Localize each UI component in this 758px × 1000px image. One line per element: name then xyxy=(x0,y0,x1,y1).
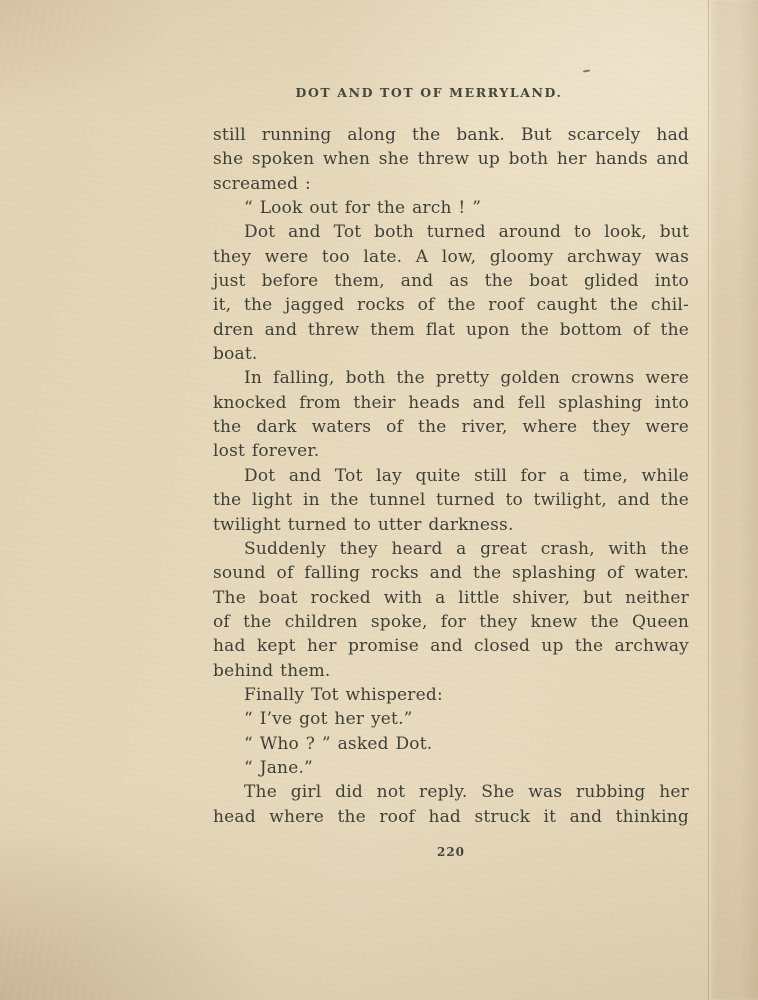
text-line: Dot and Tot both turned around to look, … xyxy=(213,220,689,244)
text-line: behind them. xyxy=(213,659,689,683)
book-page: DOT AND TOT OF MERRYLAND. still running … xyxy=(0,0,758,1000)
text-line: Dot and Tot lay quite still for a time, … xyxy=(213,464,689,488)
text-line: boat. xyxy=(213,342,689,366)
body-text-block: still running along the bank. But scarce… xyxy=(213,123,689,829)
text-line: it, the jagged rocks of the roof caught … xyxy=(213,293,689,317)
page-number: 220 xyxy=(213,845,689,859)
text-line: of the children spoke, for they knew the… xyxy=(213,610,689,634)
text-line: the light in the tunnel turned to twilig… xyxy=(213,488,689,512)
text-line: The boat rocked with a little shiver, bu… xyxy=(213,586,689,610)
text-line: the dark waters of the river, where they… xyxy=(213,415,689,439)
text-line: Suddenly they heard a great crash, with … xyxy=(213,537,689,561)
text-line: screamed : xyxy=(213,172,689,196)
running-header: DOT AND TOT OF MERRYLAND. xyxy=(191,85,667,100)
text-line: she spoken when she threw up both her ha… xyxy=(213,147,689,171)
text-line: Finally Tot whispered: xyxy=(213,683,689,707)
page-edge-shadow xyxy=(708,0,758,1000)
text-line: twilight turned to utter darkness. xyxy=(213,513,689,537)
text-line: just before them, and as the boat glided… xyxy=(213,269,689,293)
text-line: “ Who ? ” asked Dot. xyxy=(213,732,689,756)
text-line: lost forever. xyxy=(213,439,689,463)
text-line: “ Look out for the arch ! ” xyxy=(213,196,689,220)
text-line: In falling, both the pretty golden crown… xyxy=(213,366,689,390)
text-line: had kept her promise and closed up the a… xyxy=(213,634,689,658)
text-line: dren and threw them flat upon the bottom… xyxy=(213,318,689,342)
text-line: still running along the bank. But scarce… xyxy=(213,123,689,147)
text-line: knocked from their heads and fell splash… xyxy=(213,391,689,415)
text-line: The girl did not reply. She was rubbing … xyxy=(213,780,689,804)
text-line: head where the roof had struck it and th… xyxy=(213,805,689,829)
text-line: “ Jane.” xyxy=(213,756,689,780)
text-line: they were too late. A low, gloomy archwa… xyxy=(213,245,689,269)
text-line: sound of falling rocks and the splashing… xyxy=(213,561,689,585)
text-line: “ I’ve got her yet.” xyxy=(213,707,689,731)
ink-speck xyxy=(583,70,590,73)
